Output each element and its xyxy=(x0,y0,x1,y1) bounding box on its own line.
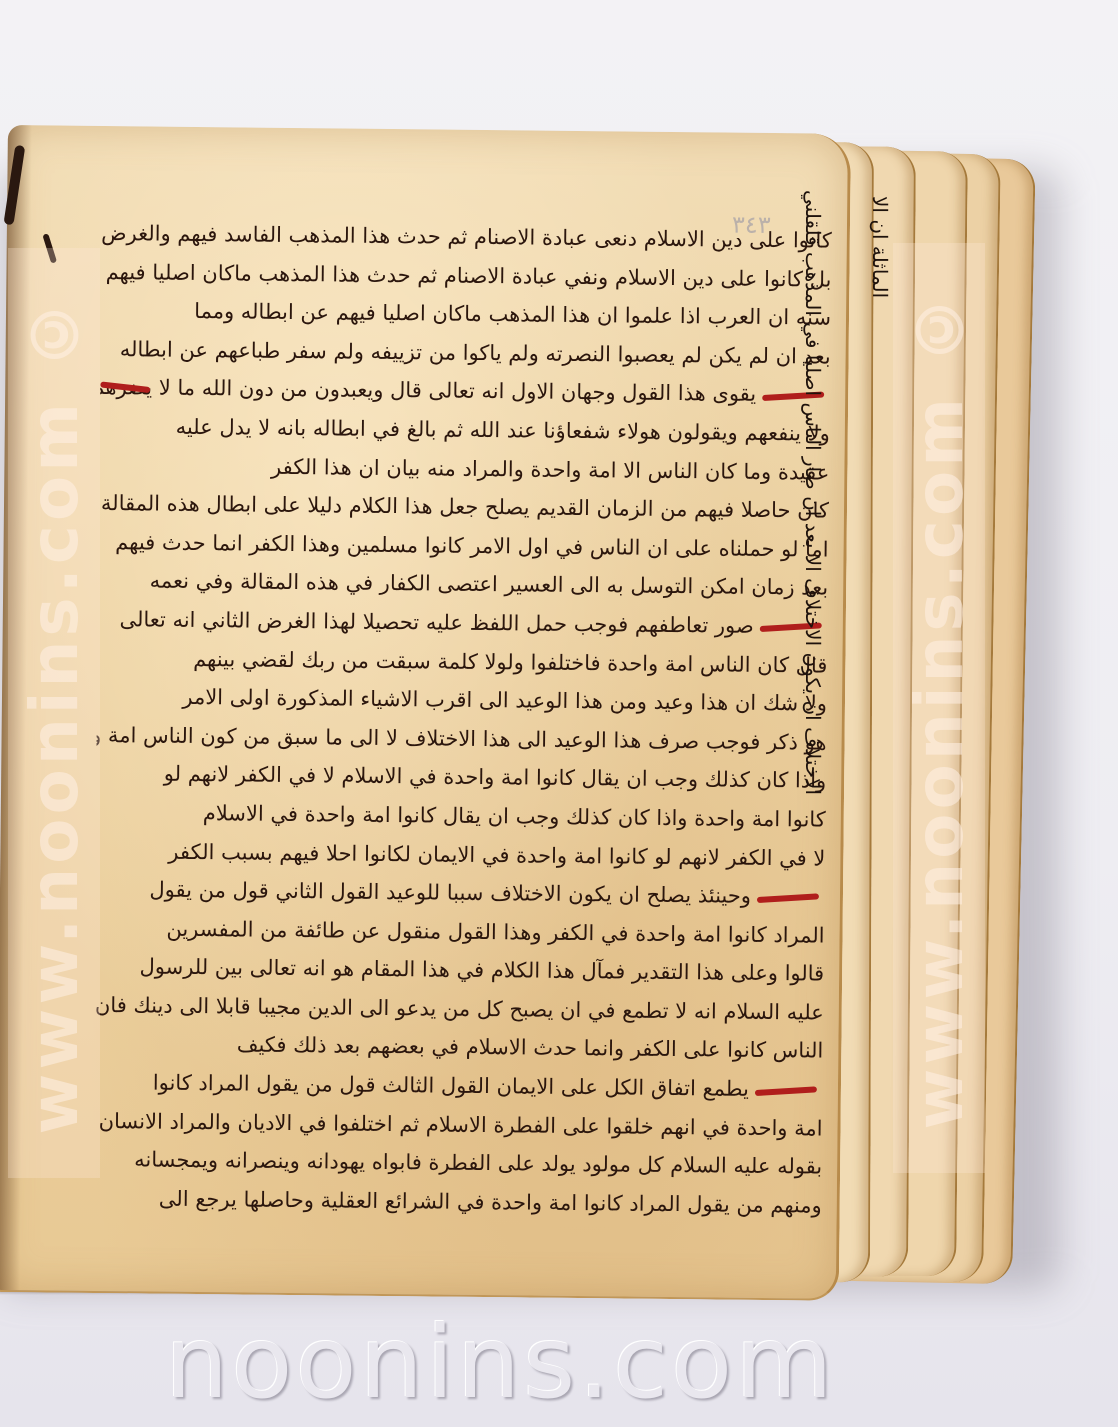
text-line-content: يطمع اتفاق الكل على الايمان القول الثالث… xyxy=(153,1071,749,1101)
red-rubric-mark xyxy=(755,1086,817,1096)
watermark-text: www.noonins.com © xyxy=(16,291,93,1135)
manuscript-photo: الماثلة ان الا ٣٤٣ كانوا على دين الاسلام… xyxy=(0,0,1118,1427)
text-line-content: يقوى هذا القول وجهان الاول انه تعالى قال… xyxy=(100,375,756,406)
margin-annotation-secondary: الماثلة ان الا xyxy=(868,196,892,298)
watermark-strip-left: www.noonins.com © xyxy=(8,248,100,1178)
red-rubric-mark xyxy=(757,893,819,903)
manuscript-text-block: كانوا على دين الاسلام دنعى عبادة الاصنام… xyxy=(92,214,832,1225)
footer-watermark: noonins.com xyxy=(165,1318,785,1408)
watermark-strip-right: www.noonins.com © xyxy=(893,243,985,1173)
text-line-content: وحينئذ يصلح ان يكون الاختلاف سببا للوعيد… xyxy=(149,878,751,908)
text-line-content: صور تعاطفهم فوجب حمل اللفظ عليه تحصيلا ل… xyxy=(119,607,753,638)
margin-annotation: الاختلاف ان يكون الاختلاف الا بعد ان صار… xyxy=(800,190,826,795)
watermark-text: www.noonins.com © xyxy=(901,286,978,1130)
manuscript-page: ٣٤٣ كانوا على دين الاسلام دنعى عبادة الا… xyxy=(0,125,851,1301)
text-line: ومنهم من يقول المراد كانوا امة واحدة في … xyxy=(92,1179,822,1225)
